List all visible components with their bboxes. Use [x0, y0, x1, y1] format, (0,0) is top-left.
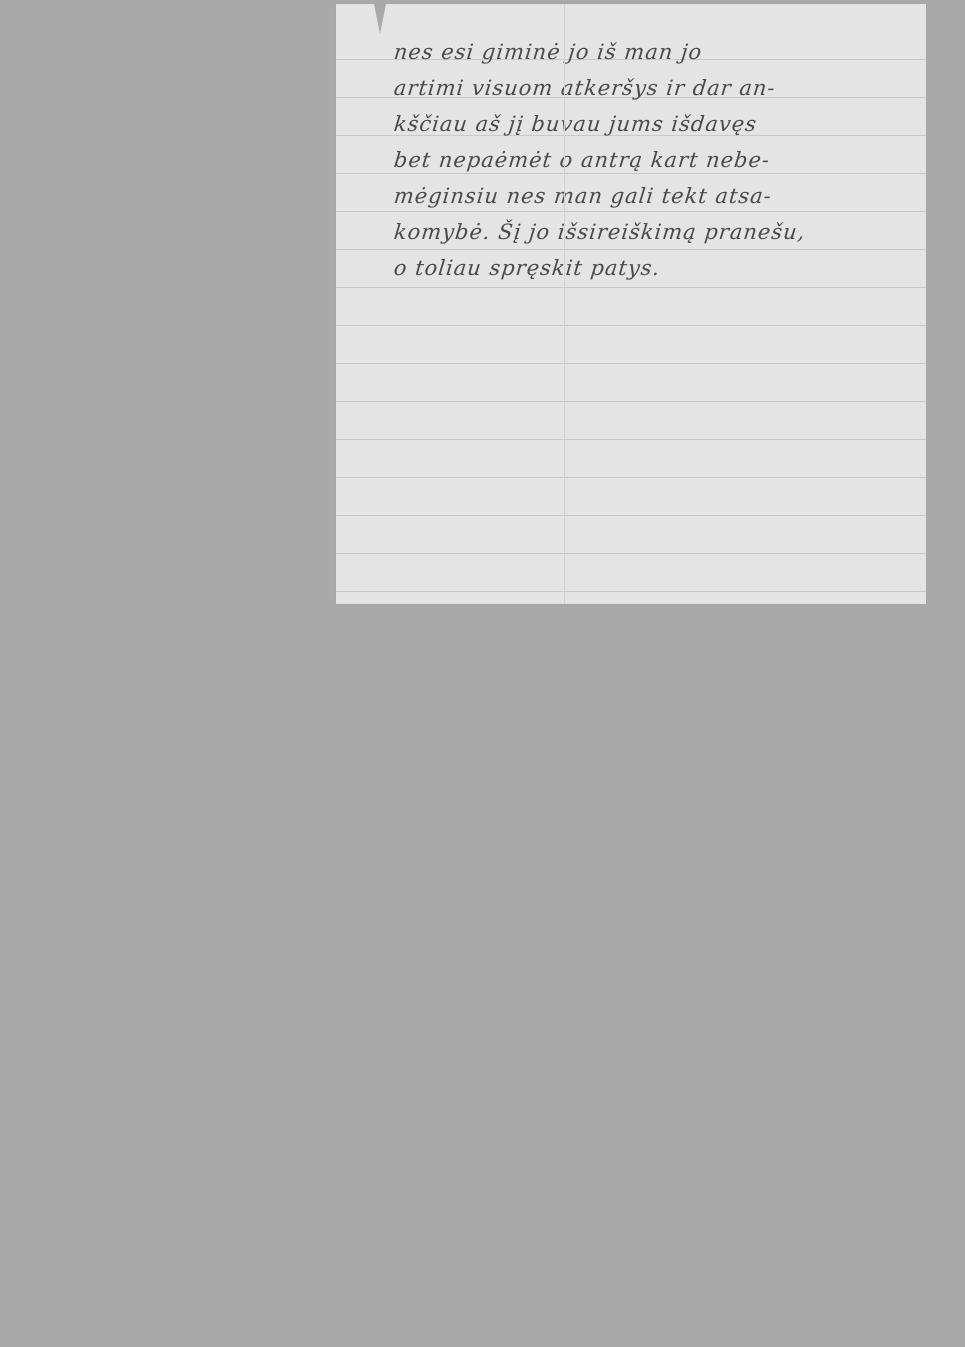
letter-line: bet nepaėmėt o antrą kart nebe-: [393, 148, 772, 172]
letter-line: artimi visuom atkeršys ir dar an-: [393, 76, 777, 100]
top-letter-page: nes esi giminė jo iš man jo artimi visuo…: [336, 4, 926, 604]
letter-line: komybė. Šį jo išsireiškimą pranešu,: [393, 220, 807, 244]
letter-line: o toliau spręskit patys.: [393, 256, 662, 280]
paper-tear: [374, 4, 386, 34]
letter-line: kščiau aš jį buvau jums išdavęs: [393, 112, 759, 136]
letter-line: nes esi giminė jo iš man jo: [393, 40, 704, 64]
letter-line: mėginsiu nes man gali tekt atsa-: [393, 184, 773, 208]
